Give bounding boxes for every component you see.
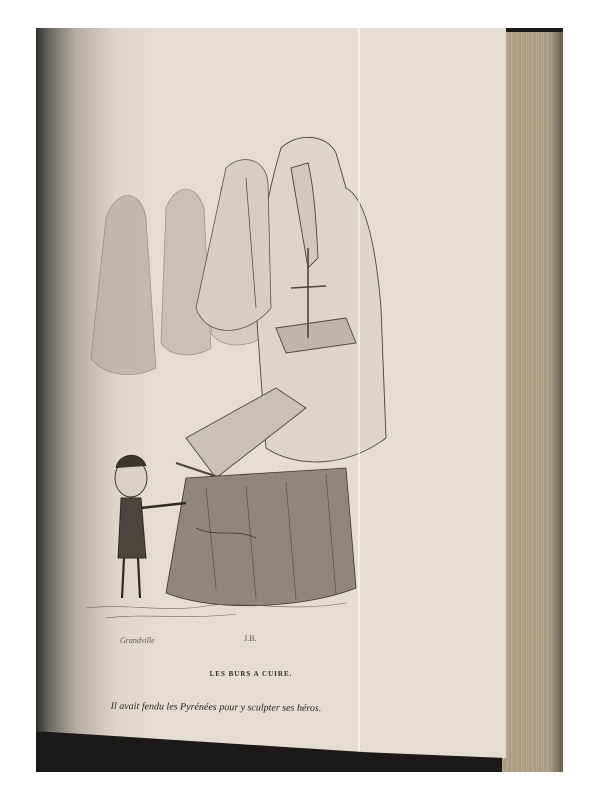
caption-text: Il avait fendu les Pyrénées pour y sculp… bbox=[86, 701, 346, 715]
engraver-monogram: J.B. bbox=[244, 634, 256, 643]
book-scan: Grandville J.B. LES BURS A CUIRE. Il ava… bbox=[36, 28, 563, 772]
book-page: Grandville J.B. LES BURS A CUIRE. Il ava… bbox=[36, 28, 506, 758]
artist-signature: Grandville bbox=[120, 636, 155, 645]
engraving-illustration bbox=[46, 108, 416, 628]
page-edges bbox=[502, 32, 563, 772]
caption-title: LES BURS A CUIRE. bbox=[196, 670, 306, 678]
